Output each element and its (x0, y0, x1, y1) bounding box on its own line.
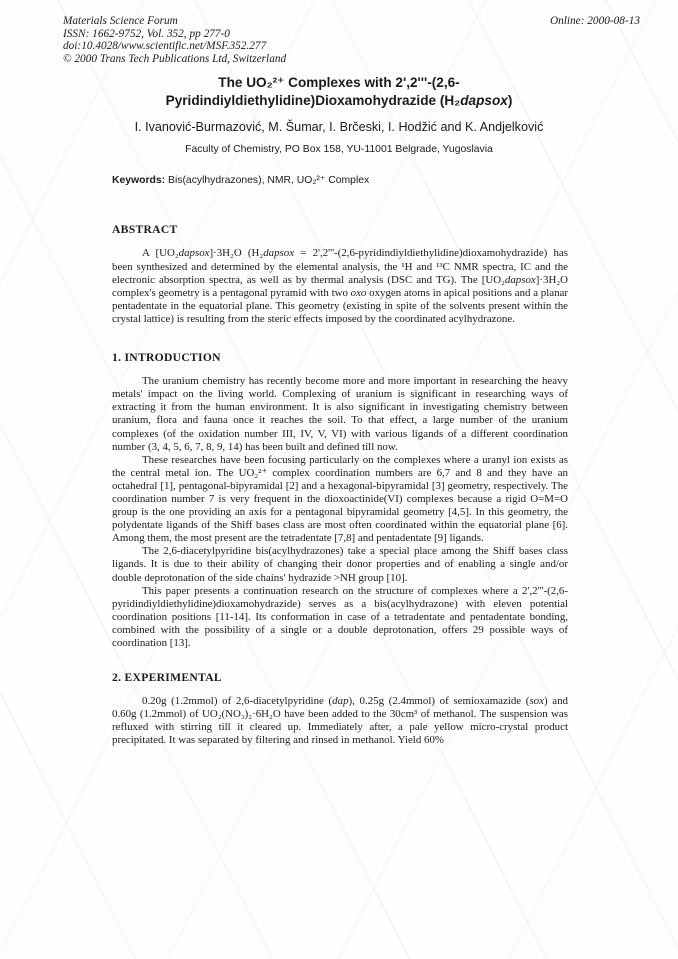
authors-line: I. Ivanović-Burmazović, M. Šumar, I. Brč… (0, 120, 678, 134)
introduction-heading: 1. INTRODUCTION (112, 351, 568, 364)
copyright-line: © 2000 Trans Tech Publications Ltd, Swit… (63, 53, 286, 66)
affiliation-line: Faculty of Chemistry, PO Box 158, YU-110… (0, 144, 678, 155)
introduction-paragraph-3: The 2,6-diacetylpyridine bis(acylhydrazo… (112, 545, 568, 584)
page-header: Materials Science Forum ISSN: 1662-9752,… (0, 0, 678, 65)
keywords-value: Bis(acylhydrazones), NMR, UO₂²⁺ Complex (168, 175, 369, 186)
introduction-paragraph-4: This paper presents a continuation resea… (112, 585, 568, 650)
paper-title-line1: The UO₂²⁺ Complexes with 2',2'''-(2,6- (0, 74, 678, 92)
journal-info-block: Materials Science Forum ISSN: 1662-9752,… (63, 15, 286, 65)
experimental-paragraph-1: 0.20g (1.2mmol) of 2,6-diacetylpyridine … (112, 695, 568, 747)
keywords-label: Keywords: (112, 175, 165, 186)
experimental-heading: 2. EXPERIMENTAL (112, 671, 568, 684)
keywords-line: Keywords: Bis(acylhydrazones), NMR, UO₂²… (112, 174, 568, 186)
paper-page: Materials Science Forum ISSN: 1662-9752,… (0, 0, 678, 959)
abstract-heading: ABSTRACT (112, 223, 568, 236)
paper-title-line2: Pyridindiyldiethylidine)Dioxamohydrazide… (0, 92, 678, 110)
paper-title: The UO₂²⁺ Complexes with 2',2'''-(2,6- P… (0, 74, 678, 109)
introduction-paragraph-2: These researches have been focusing part… (112, 454, 568, 546)
doi-line: doi:10.4028/www.scientific.net/MSF.352.2… (63, 40, 286, 53)
paper-body: ABSTRACT A [UO₂dapsox]·3H₂O (H₂dapsox = … (112, 223, 568, 747)
journal-name: Materials Science Forum (63, 15, 286, 28)
issn-volume-line: ISSN: 1662-9752, Vol. 352, pp 277-0 (63, 28, 286, 41)
introduction-paragraph-1: The uranium chemistry has recently becom… (112, 375, 568, 454)
abstract-paragraph: A [UO₂dapsox]·3H₂O (H₂dapsox = 2',2'''-(… (112, 247, 568, 326)
online-date: Online: 2000-08-13 (550, 15, 640, 28)
